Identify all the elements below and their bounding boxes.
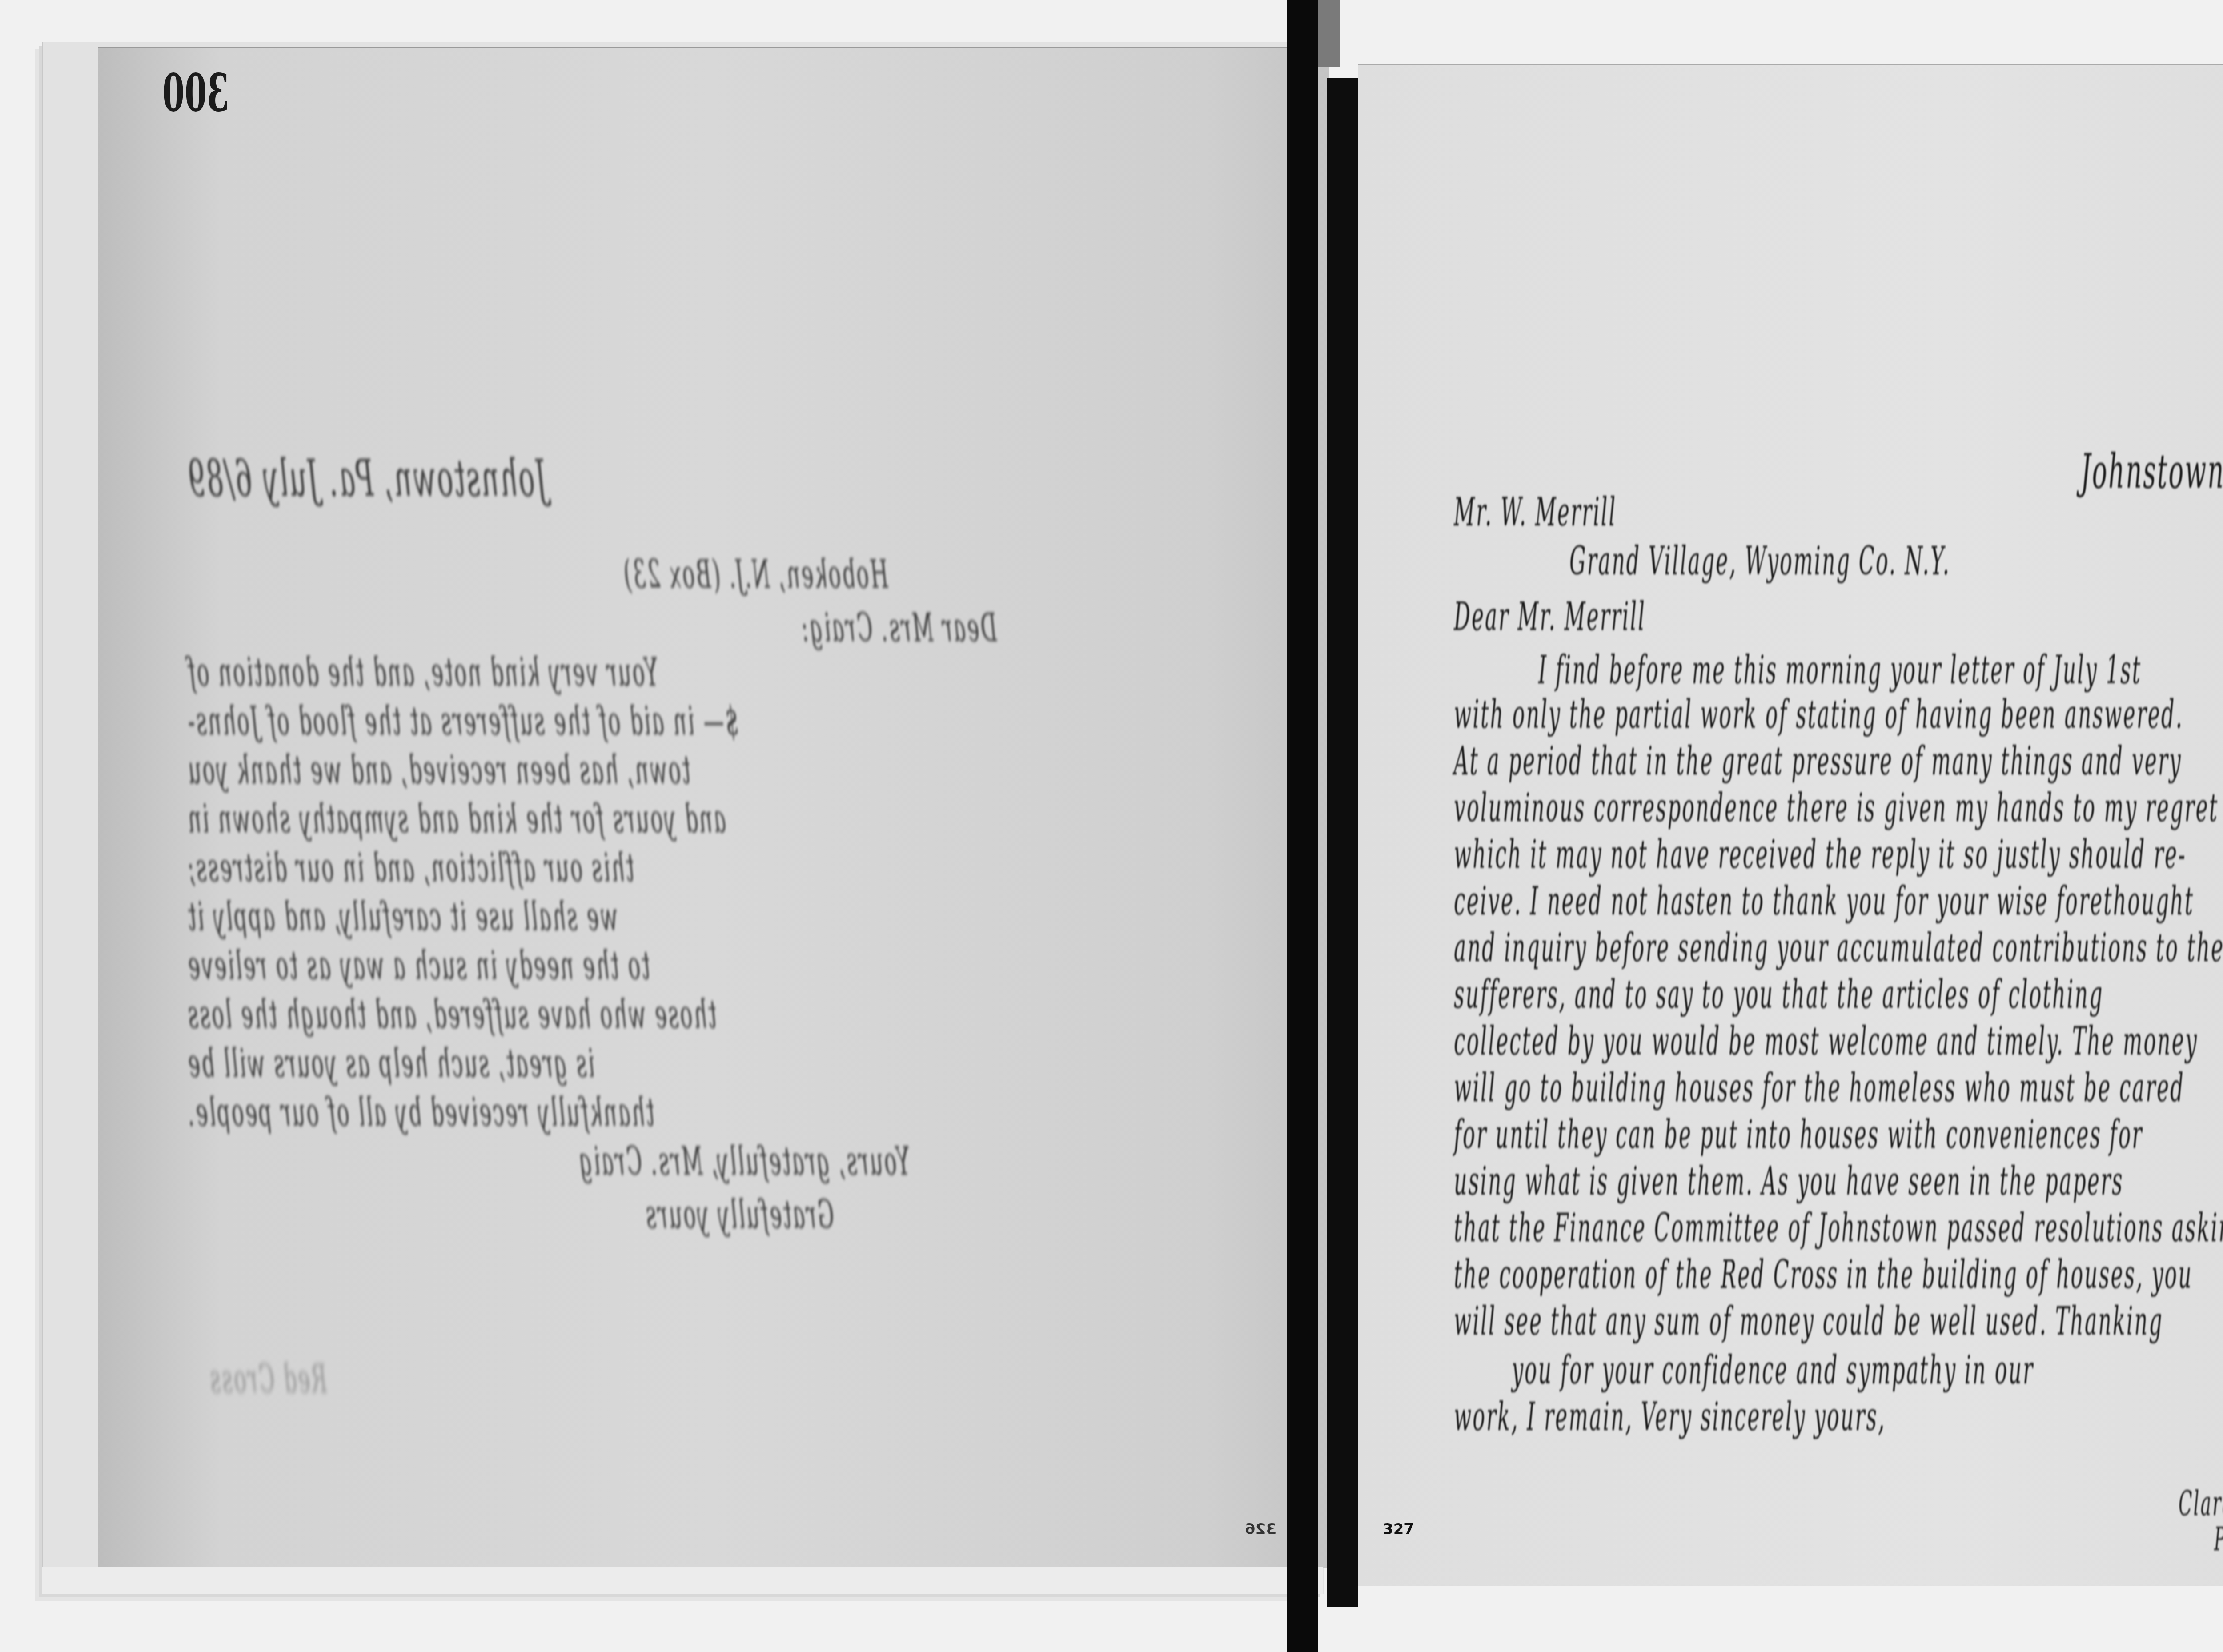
gutter-shadow xyxy=(1327,78,1358,1607)
left-line-10: Yours, gratefully, Mrs. Craig xyxy=(578,1138,910,1184)
left-signature-area: Red Cross xyxy=(209,1356,327,1402)
left-line-6: to the needy in such a way as to relieve xyxy=(187,942,650,988)
left-line-2: town, has been received, and we thank yo… xyxy=(187,747,690,793)
body-line-15: you for your confidence and sympathy in … xyxy=(1512,1347,2034,1393)
left-line-4: this our affliction, and in our distress… xyxy=(187,845,634,890)
left-salutation: Dear Mrs. Craig: xyxy=(800,605,997,650)
left-line-5: we shall use it carefully, and apply it xyxy=(187,894,618,939)
left-line-0: Your very kind note, and the donation of xyxy=(187,649,658,695)
place-date: Johnstown, Pa. July 6/89 xyxy=(2081,445,2223,500)
body-line-3: voluminous correspondence there is given… xyxy=(1454,785,2219,830)
book-spread: 300 301 326 327 Johnstown, Pa. July 6/89… xyxy=(0,0,2223,1652)
left-heading: Johnstown, Pa. July 6/89 xyxy=(187,449,547,508)
body-line-12: that the Finance Committee of Johnstown … xyxy=(1454,1205,2223,1251)
body-line-8: collected by you would be most welcome a… xyxy=(1454,1018,2198,1064)
left-page-edge xyxy=(42,1567,1323,1594)
salutation: Dear Mr. Merrill xyxy=(1454,593,1646,639)
recipient-address: Grand Village, Wyoming Co. N.Y. xyxy=(1569,538,1950,584)
body-line-10: for until they can be put into houses wi… xyxy=(1454,1111,2143,1157)
body-line-14: will see that any sum of money could be … xyxy=(1454,1298,2163,1344)
recipient-name: Mr. W. Merrill xyxy=(1454,489,1617,535)
body-line-5: ceive. I need not hasten to thank you fo… xyxy=(1454,878,2194,924)
left-line-1: $— in aid of the sufferers at the flood … xyxy=(187,698,738,744)
left-line-3: and yours for the kind and sympathy show… xyxy=(187,796,726,842)
postscript-note: Pres't Am't Red Cross xyxy=(2214,1520,2223,1558)
body-line-7: sufferers, and to say to you that the ar… xyxy=(1454,971,2103,1017)
body-line-16: work, I remain, Very sincerely yours, xyxy=(1454,1394,1886,1439)
body-line-9: will go to building houses for the homel… xyxy=(1454,1065,2185,1111)
left-address: Hoboken, N.J. (Box 23) xyxy=(622,551,888,597)
body-line-6: and inquiry before sending your accumula… xyxy=(1454,925,2223,970)
left-line-9: thankfully received by all of our people… xyxy=(187,1089,654,1135)
body-line-0: I find before me this morning your lette… xyxy=(1538,647,2142,693)
left-stamp-number: 326 xyxy=(1245,1520,1276,1538)
left-closing: Gratefully yours xyxy=(645,1191,834,1237)
left-line-7: those who have suffered, and though the … xyxy=(187,991,717,1037)
body-line-2: At a period that in the great pressure o… xyxy=(1454,738,2182,784)
left-folio-number: 300 xyxy=(162,62,229,123)
body-line-11: using what is given them. As you have se… xyxy=(1454,1158,2124,1204)
body-line-13: the cooperation of the Red Cross in the … xyxy=(1454,1251,2193,1297)
signature: Clara Barton xyxy=(2179,1485,2223,1524)
book-binding xyxy=(1287,0,1318,1652)
right-stamp-number: 327 xyxy=(1383,1520,1414,1538)
left-line-8: is great, such help as yours will be xyxy=(187,1040,595,1086)
body-line-4: which it may not have received the reply… xyxy=(1454,831,2187,877)
body-line-1: with only the partial work of stating of… xyxy=(1454,691,2183,737)
